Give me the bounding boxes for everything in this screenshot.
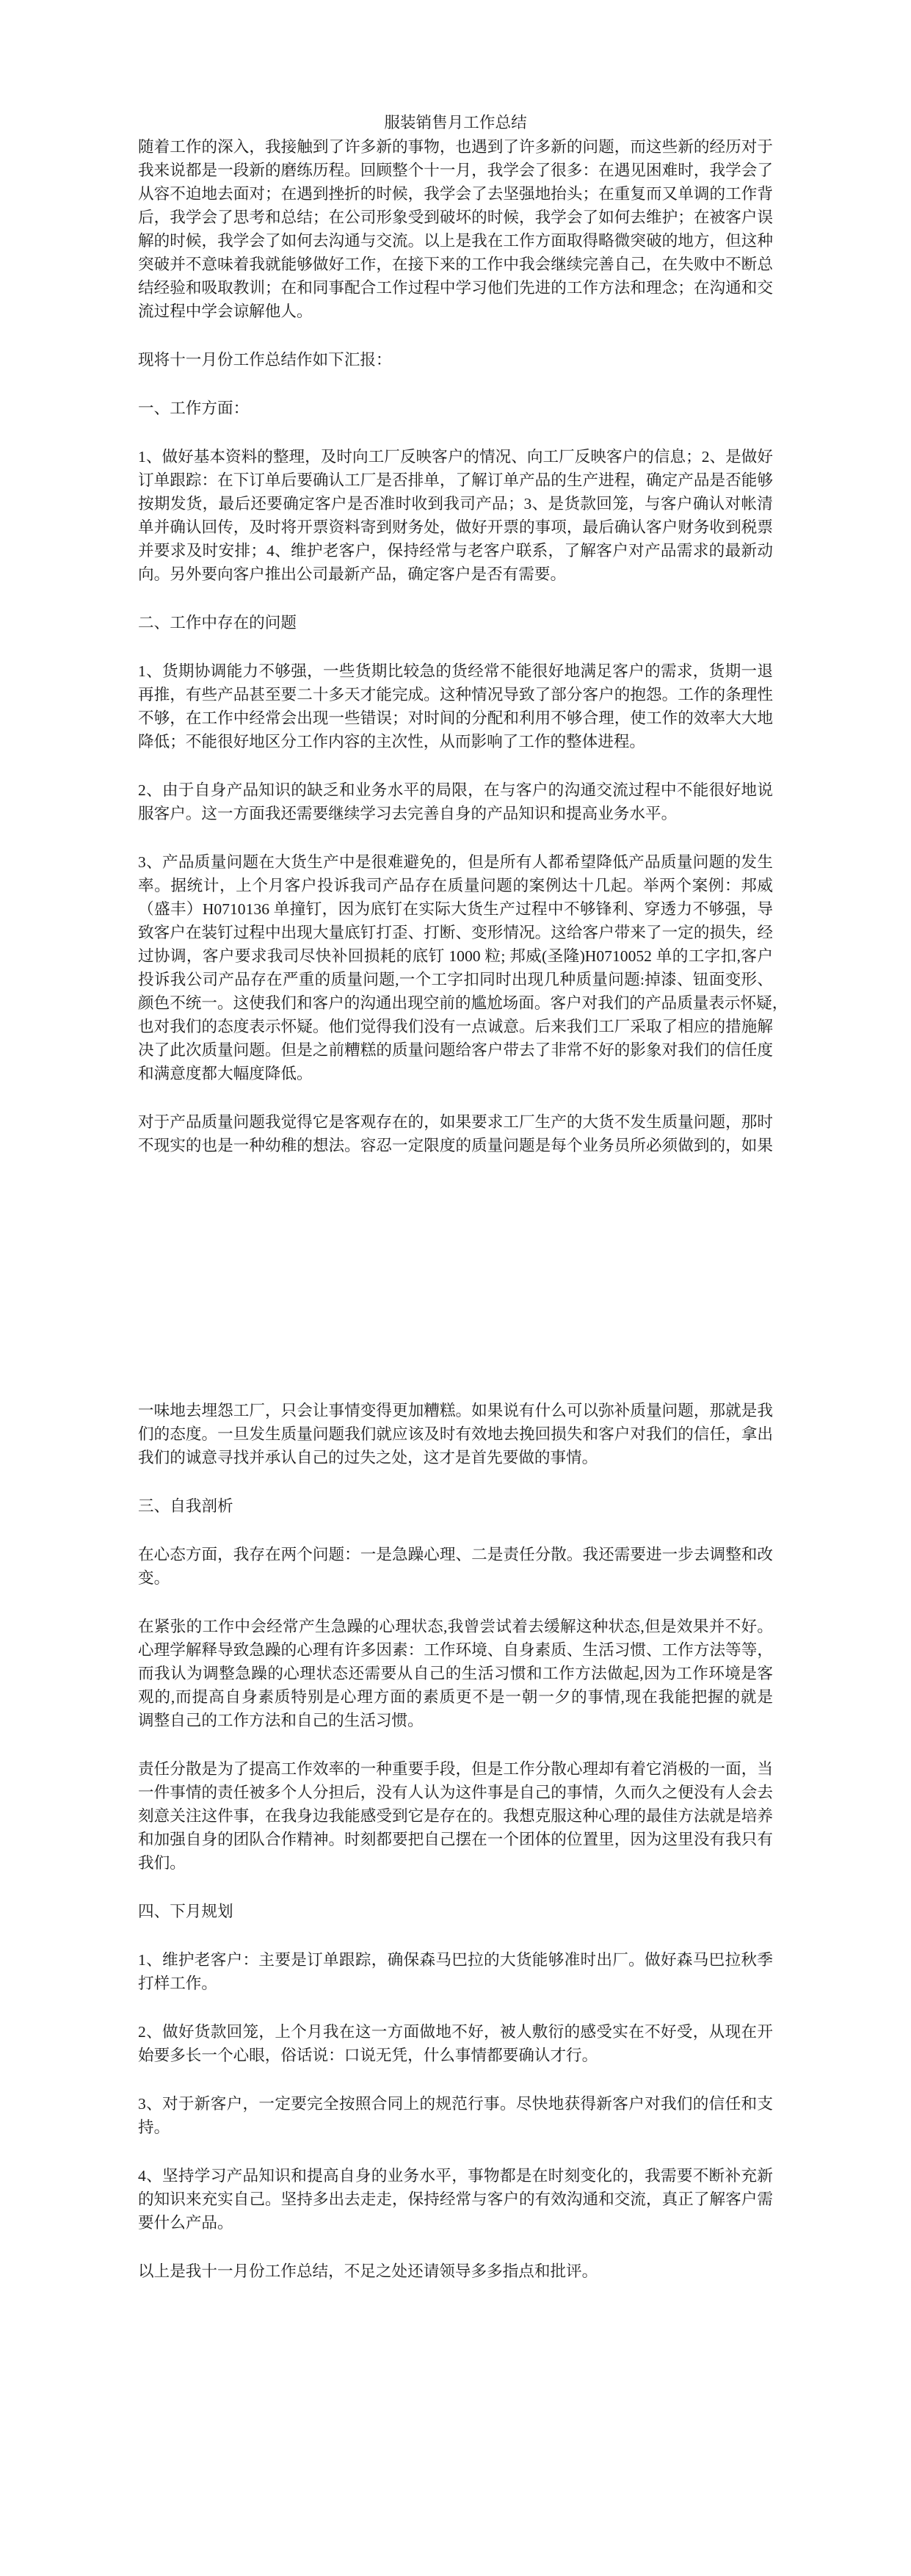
paragraph-plan-4: 4、坚持学习产品知识和提高自身的业务水平，事物都是在时刻变化的，我需要不断补充新… [138, 2164, 773, 2235]
text-line: （盛丰）H0710136 单撞钉，因为底钉在实际大货生产过程中不够锋利、穿透力不… [138, 897, 773, 921]
paragraph-introduction: 随着工作的深入，我接触到了许多新的事物，也遇到了许多新的问题，而这些新的经历对于… [138, 135, 773, 323]
text-line: 向。另外要向客户推出公司最新产品，确定客户是否有需要。 [138, 562, 773, 586]
text-line: 并要求及时安排；4、维护老客户，保持经常与老客户联系，了解客户对产品需求的最新动 [138, 539, 773, 562]
text-line: 现将十一月份工作总结作如下汇报： [138, 348, 773, 372]
text-line: 要什么产品。 [138, 2211, 773, 2235]
document-title: 服装销售月工作总结 [138, 111, 773, 134]
text-line: 再推，有些产品甚至要二十多天才能完成。这种情况导致了部分客户的抱怨。工作的条理性 [138, 683, 773, 706]
text-line: 而我认为调整急躁的心理状态还需要从自己的生活习惯和工作方法做起,因为工作环境是客 [138, 1662, 773, 1685]
text-line: 我们的诚意寻找并承认自己的过失之处，这才是首先要做的事情。 [138, 1446, 773, 1469]
paragraph-quality-opinion: 对于产品质量问题我觉得它是客观存在的，如果要求工厂生产的大货不发生质量问题，那时… [138, 1110, 773, 1157]
text-line: 一件事情的责任被多个人分担后，没有人认为这件事是自己的事情，久而久之便没有人会去 [138, 1781, 773, 1804]
text-line: 单并确认回传，及时将开票资料寄到财务处，做好开票的事项，最后确认客户财务收到税票 [138, 515, 773, 539]
text-line: 一味地去埋怨工厂，只会让事情变得更加糟糕。如果说有什么可以弥补质量问题，那就是我 [138, 1399, 773, 1422]
text-line: 过协调，客户要求我司尽快补回损耗的底钉 1000 粒; 邦威(圣隆)H07100… [138, 944, 773, 968]
text-line: 4、坚持学习产品知识和提高自身的业务水平，事物都是在时刻变化的，我需要不断补充新 [138, 2164, 773, 2188]
paragraph-responsibility: 责任分散是为了提高工作效率的一种重要手段，但是工作分散心理却有着它消极的一面，当… [138, 1757, 773, 1875]
text-line: 突破并不意味着我就能够做好工作，在接下来的工作中我会继续完善自己，在失败中不断总 [138, 253, 773, 276]
text-line: 不够，在工作中经常会出现一些错误；对时间的分配和利用不够合理，使工作的效率大大地 [138, 706, 773, 730]
paragraph-closing: 以上是我十一月份工作总结，不足之处还请领导多多指点和批评。 [138, 2260, 773, 2283]
paragraph-plan-1: 1、维护老客户：主要是订单跟踪，确保森马巴拉的大货能够准时出厂。做好森马巴拉秋季… [138, 1948, 773, 1995]
heading-text: 二、工作中存在的问题 [138, 611, 773, 634]
text-line: 率。据统计，上个月客户投诉我司产品存在质量问题的案例达十几起。举两个案例：邦威 [138, 874, 773, 897]
text-line: 变。 [138, 1566, 773, 1590]
paragraph-quality-opinion-continued: 一味地去埋怨工厂，只会让事情变得更加糟糕。如果说有什么可以弥补质量问题，那就是我… [138, 1399, 773, 1469]
text-line: 结经验和吸取教训；在和同事配合工作过程中学习他们先进的工作方法和理念；在沟通和交 [138, 276, 773, 300]
paragraph-problem-2: 2、由于自身产品知识的缺乏和业务水平的局限，在与客户的沟通交流过程中不能很好地说… [138, 778, 773, 825]
paragraph-report-intro: 现将十一月份工作总结作如下汇报： [138, 348, 773, 372]
section-heading-work: 一、工作方面： [138, 397, 773, 420]
text-line: 2、做好货款回笼，上个月我在这一方面做地不好，被人敷衍的感受实在不好受，从现在开 [138, 2020, 773, 2044]
text-line: 致客户在装钉过程中出现大量底钉打歪、打断、变形情况。这给客户带来了一定的损失，经 [138, 921, 773, 944]
text-line: 刻意关注这件事，在我身边我能感受到它是存在的。我想克服这种心理的最佳方法就是培养 [138, 1804, 773, 1828]
text-line: 我来说都是一段新的磨练历程。回顾整个十一月，我学会了很多：在遇见困难时，我学会了 [138, 159, 773, 182]
text-line: 也对我们的态度表示怀疑。他们觉得我们没有一点诚意。后来我们工厂采取了相应的措施解 [138, 1015, 773, 1038]
section-heading-problems: 二、工作中存在的问题 [138, 611, 773, 634]
text-line: 3、产品质量问题在大货生产中是很难避免的，但是所有人都希望降低产品质量问题的发生 [138, 850, 773, 874]
text-line: 2、由于自身产品知识的缺乏和业务水平的局限，在与客户的沟通交流过程中不能很好地说 [138, 778, 773, 802]
page-content: 服装销售月工作总结 随着工作的深入，我接触到了许多新的事物，也遇到了许多新的问题… [138, 111, 773, 1157]
text-line: 心理学解释导致急躁的心理有许多因素：工作环境、自身素质、生活习惯、工作方法等等， [138, 1638, 773, 1662]
text-line: 服客户。这一方面我还需要继续学习去完善自身的产品知识和提高业务水平。 [138, 802, 773, 825]
heading-text: 四、下月规划 [138, 1900, 773, 1923]
text-line: 们的态度。一旦发生质量问题我们就应该及时有效地去挽回损失和客户对我们的信任，拿出 [138, 1422, 773, 1446]
text-line: 对于产品质量问题我觉得它是客观存在的，如果要求工厂生产的大货不发生质量问题，那时 [138, 1110, 773, 1134]
text-line: 在心态方面，我存在两个问题：一是急躁心理、二是责任分散。我还需要进一步去调整和改 [138, 1543, 773, 1566]
text-line: 和满意度都大幅度降低。 [138, 1062, 773, 1085]
paragraph-plan-2: 2、做好货款回笼，上个月我在这一方面做地不好，被人敷衍的感受实在不好受，从现在开… [138, 2020, 773, 2067]
text-line: 后，我学会了思考和总结；在公司形象受到破坏的时候，我学会了如何去维护；在被客户误 [138, 206, 773, 229]
page-2: 一味地去埋怨工厂，只会让事情变得更加糟糕。如果说有什么可以弥补质量问题，那就是我… [0, 1288, 911, 2576]
text-line: 和加强自身的团队合作精神。时刻都要把自己摆在一个团体的位置里，因为这里没有我只有 [138, 1828, 773, 1851]
section-heading-next-month-plan: 四、下月规划 [138, 1900, 773, 1923]
text-line: 不现实的也是一种幼稚的想法。容忍一定限度的质量问题是每个业务员所必须做到的，如果 [138, 1134, 773, 1157]
text-line: 责任分散是为了提高工作效率的一种重要手段，但是工作分散心理却有着它消极的一面，当 [138, 1757, 773, 1781]
text-line: 始要多长一个心眼，俗话说：口说无凭，什么事情都要确认才行。 [138, 2044, 773, 2067]
heading-text: 一、工作方面： [138, 397, 773, 420]
text-line: 降低；不能很好地区分工作内容的主次性，从而影响了工作的整体进程。 [138, 730, 773, 753]
section-heading-self-analysis: 三、自我剖析 [138, 1494, 773, 1518]
text-line: 在紧张的工作中会经常产生急躁的心理状态,我曾尝试着去缓解这种状态,但是效果并不好… [138, 1615, 773, 1638]
paragraph-work-items: 1、做好基本资料的整理，及时向工厂反映客户的情况、向工厂反映客户的信息；2、是做… [138, 445, 773, 586]
text-line: 从容不迫地去面对；在遇到挫折的时候，我学会了去坚强地抬头；在重复而又单调的工作背 [138, 182, 773, 206]
text-line: 随着工作的深入，我接触到了许多新的事物，也遇到了许多新的问题，而这些新的经历对于 [138, 135, 773, 159]
text-line: 3、对于新客户，一定要完全按照合同上的规范行事。尽快地获得新客户对我们的信任和支 [138, 2092, 773, 2116]
text-line: 的知识来充实自己。坚持多出去走走，保持经常与客户的有效沟通和交流，真正了解客户需 [138, 2188, 773, 2211]
paragraph-impatience: 在紧张的工作中会经常产生急躁的心理状态,我曾尝试着去缓解这种状态,但是效果并不好… [138, 1615, 773, 1732]
text-line: 我们。 [138, 1851, 773, 1875]
text-line: 颜色不统一。这使我们和客户的沟通出现空前的尴尬场面。客户对我们的产品质量表示怀疑… [138, 991, 773, 1015]
text-line: 投诉我公司产品存在严重的质量问题,一个工字扣同时出现几种质量问题:掉漆、钮面变形… [138, 968, 773, 991]
text-line: 持。 [138, 2116, 773, 2139]
text-line: 订单跟踪：在下订单后要确认工厂是否排单，了解订单产品的生产进程，确定产品是否能够 [138, 468, 773, 492]
text-line: 按期发货，最后还要确定客户是否准时收到我司产品；3、是货款回笼，与客户确认对帐清 [138, 492, 773, 515]
text-line: 1、做好基本资料的整理，及时向工厂反映客户的情况、向工厂反映客户的信息；2、是做… [138, 445, 773, 468]
page-content: 一味地去埋怨工厂，只会让事情变得更加糟糕。如果说有什么可以弥补质量问题，那就是我… [138, 1399, 773, 2283]
paragraph-problem-1: 1、货期协调能力不够强，一些货期比较急的货经常不能很好地满足客户的需求，货期一退… [138, 659, 773, 753]
text-line: 以上是我十一月份工作总结，不足之处还请领导多多指点和批评。 [138, 2260, 773, 2283]
text-line: 打样工作。 [138, 1972, 773, 1995]
paragraph-problem-3: 3、产品质量问题在大货生产中是很难避免的，但是所有人都希望降低产品质量问题的发生… [138, 850, 773, 1085]
text-line: 1、维护老客户：主要是订单跟踪，确保森马巴拉的大货能够准时出厂。做好森马巴拉秋季 [138, 1948, 773, 1972]
paragraph-plan-3: 3、对于新客户，一定要完全按照合同上的规范行事。尽快地获得新客户对我们的信任和支… [138, 2092, 773, 2139]
text-line: 观的,而提高自身素质特别是心理方面的素质更不是一朝一夕的事情,现在我能把握的就是 [138, 1685, 773, 1709]
heading-text: 三、自我剖析 [138, 1494, 773, 1518]
text-line: 调整自己的工作方法和自己的生活习惯。 [138, 1709, 773, 1732]
text-line: 解的时候，我学会了如何去沟通与交流。以上是我在工作方面取得略微突破的地方，但这种 [138, 229, 773, 253]
paragraph-mindset: 在心态方面，我存在两个问题：一是急躁心理、二是责任分散。我还需要进一步去调整和改… [138, 1543, 773, 1590]
text-line: 决了此次质量问题。但是之前糟糕的质量问题给客户带去了非常不好的影象对我们的信任度 [138, 1038, 773, 1062]
text-line: 流过程中学会谅解他人。 [138, 300, 773, 323]
page-1: 服装销售月工作总结 随着工作的深入，我接触到了许多新的事物，也遇到了许多新的问题… [0, 0, 911, 1288]
text-line: 1、货期协调能力不够强，一些货期比较急的货经常不能很好地满足客户的需求，货期一退 [138, 659, 773, 683]
